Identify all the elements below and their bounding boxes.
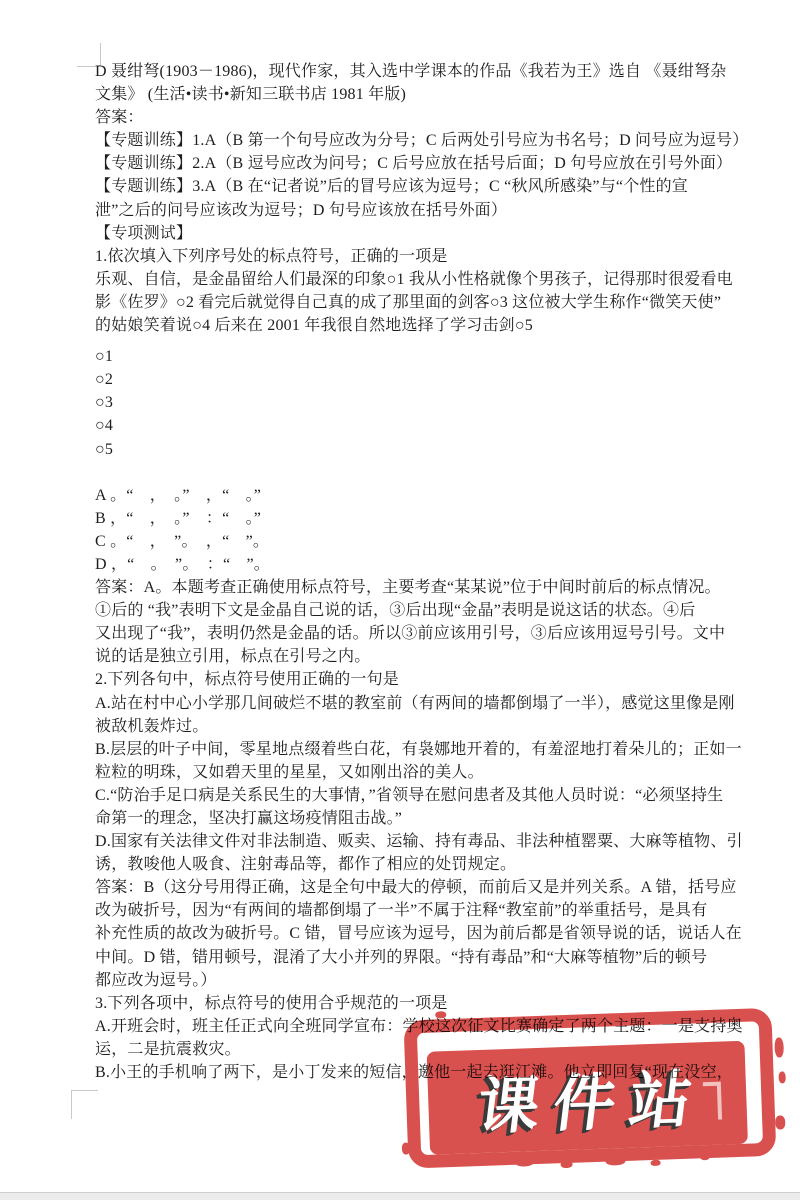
text-line: ○2 <box>95 368 755 391</box>
text-line <box>95 461 755 484</box>
text-line: 【专题训练】3.A（B 在“记者说”后的冒号应该为逗号；C “秋风所感染”与“个… <box>95 175 755 198</box>
text-line: 答案： <box>95 106 755 129</box>
window-bottom-edge <box>0 1192 800 1200</box>
text-line: 又出现了“我”，表明仍然是金晶的话。所以③前应该用引号，③后应该用逗号引号。文中 <box>95 622 755 645</box>
stamp-ink-blob <box>778 1071 785 1083</box>
text-line: 说的话是独立引用，标点在引号之内。 <box>95 645 755 668</box>
text-line: 诱，教唆他人吸食、注射毒品等，都作了相应的处罚规定。 <box>95 853 755 876</box>
stamp-inner-box: 课件站 <box>427 1041 748 1155</box>
text-line: A 。“ ， 。” ，“ 。” <box>95 484 755 507</box>
stamp-ink-blob <box>402 1142 410 1154</box>
text-line: C 。“ ， ”。 ，“ ”。 <box>95 530 755 553</box>
text-line: A.站在村中心小学那几间破烂不堪的教室前（有两间的墙都倒塌了一半），感觉这里像是… <box>95 692 755 715</box>
text-line: 粒粒的明珠，又如碧天里的星星，又如刚出浴的美人。 <box>95 761 755 784</box>
text-line: 【专项测试】 <box>95 222 755 245</box>
text-line: ①后的 “我”表明下文是金晶自己说的话，③后出现“金晶”表明是说这话的状态。④后 <box>95 599 755 622</box>
text-line: ○1 <box>95 345 755 368</box>
text-line: 补充性质的故改为破折号。C 错，冒号应该为逗号，因为前后都是省领导说的话，说话人… <box>95 922 755 945</box>
text-line: B.层层的叶子中间，零星地点缀着些白花，有袅娜地开着的，有羞涩地打着朵儿的；正如… <box>95 738 755 761</box>
stamp-ink-blob <box>435 1011 446 1018</box>
text-line: 2.下列各句中，标点符号使用正确的一句是 <box>95 668 755 691</box>
watermark-stamp: 课件站 <box>395 997 793 1183</box>
text-line: 1.依次填入下列序号处的标点符号，正确的一项是 <box>95 245 755 268</box>
text-line: 文集》 (生活•读书•新知三联书店 1981 年版) <box>95 83 755 106</box>
text-line: 泄”之后的问号应该改为逗号；D 句号应该放在括号外面） <box>95 199 755 222</box>
text-line: 【专题训练】2.A（B 逗号应改为问号；C 后号应放在括号后面；D 句号应放在引… <box>95 152 755 175</box>
text-line: 答案：A。本题考查正确使用标点符号，主要考查“某某说”位于中间时前后的标点情况。 <box>95 576 755 599</box>
text-line: ○4 <box>95 414 755 437</box>
stamp-ink-blob <box>605 1156 625 1166</box>
text-line: 改为破折号，因为“有两间的墙都倒塌了一半”不属于注释“教室前”的举重括号，是具有 <box>95 899 755 922</box>
stamp-corner-decoration <box>703 1082 722 1121</box>
text-line: D.国家有关法律文件对非法制造、贩卖、运输、持有毒品、非法种植罂粟、大麻等植物、… <box>95 830 755 853</box>
text-line: 中间。D 错，错用顿号，混淆了大小并列的界限。“持有毒品”和“大麻等植物”后的顿… <box>95 946 755 969</box>
text-line: 影《佐罗》○2 看完后就觉得自己真的成了那里面的剑客○3 这位被大学生称作“微笑… <box>95 291 755 314</box>
stamp-ink-blob <box>515 1158 533 1167</box>
text-line: 被敌机轰炸过。 <box>95 715 755 738</box>
text-boundary-mark-bottom-left <box>71 1090 98 1119</box>
text-line: 都应改为逗号。） <box>95 969 755 992</box>
text-line: B ，“ ， 。” ：“ 。” <box>95 507 755 530</box>
text-line: ○3 <box>95 391 755 414</box>
text-line: 答案：B（这分号用得正确，这是全句中最大的停顿，而前后又是并列关系。A 错，括号… <box>95 876 755 899</box>
document-text: D 聂绀弩(1903－1986)，现代作家，其入选中学课本的作品《我若为王》选自… <box>95 60 755 1084</box>
text-line: 命第一的理念，坚决打赢这场疫情阻击战。” <box>95 807 755 830</box>
stamp-ink-blob <box>560 1161 572 1168</box>
stamp-text: 课件站 <box>463 1049 712 1147</box>
text-line: D ，“ 。 ”。 ：“ ”。 <box>95 553 755 576</box>
stamp-ink-blob <box>700 1154 709 1160</box>
document-page: D 聂绀弩(1903－1986)，现代作家，其入选中学课本的作品《我若为王》选自… <box>0 0 800 1200</box>
text-line: 乐观、自信，是金晶留给人们最深的印象○1 我从小性格就像个男孩子，记得那时很爱看… <box>95 268 755 291</box>
text-line: C.“防治手足口病是关系民生的大事情，”省领导在慰问患者及其他人员时说：“必须坚… <box>95 784 755 807</box>
text-line: 【专题训练】1.A（B 第一个句号应改为分号；C 后两处引号应为书名号；D 问号… <box>95 129 755 152</box>
stamp-ink-blob <box>650 1160 660 1166</box>
stamp-ink-blob <box>774 1037 784 1057</box>
text-line: D 聂绀弩(1903－1986)，现代作家，其入选中学课本的作品《我若为王》选自… <box>95 60 755 83</box>
text-line: 的姑娘笑着说○4 后来在 2001 年我很自然地选择了学习击剑○5 <box>95 314 755 337</box>
stamp-ink-blob <box>775 1115 785 1129</box>
text-line: ○5 <box>95 438 755 461</box>
